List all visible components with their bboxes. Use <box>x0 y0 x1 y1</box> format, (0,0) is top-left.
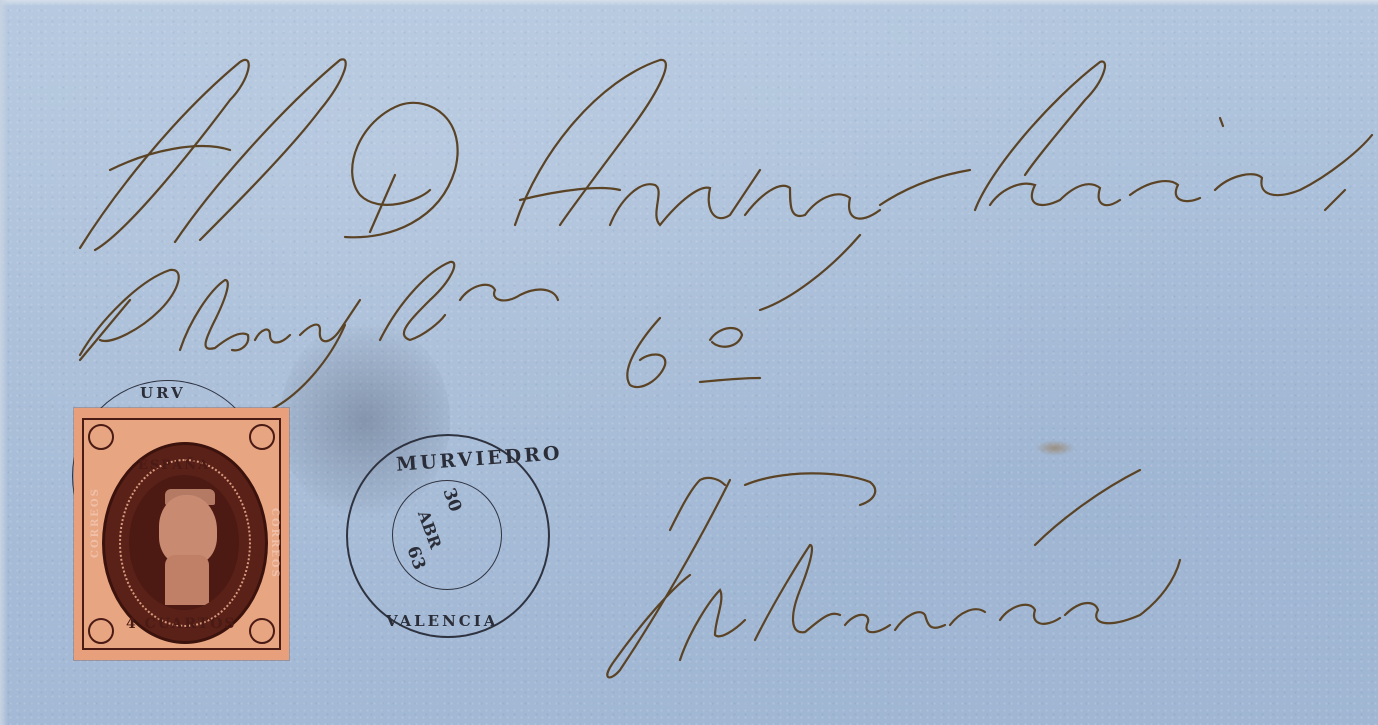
stamp-side-right: CORREOS <box>269 508 280 579</box>
queen-portrait <box>129 475 239 610</box>
postage-stamp: ESPAÑA 4 CUARTOS CORREOS CORREOS <box>74 408 289 660</box>
stamp-frame: ESPAÑA 4 CUARTOS CORREOS CORREOS <box>82 418 281 650</box>
stamp-side-left: CORREOS <box>90 487 101 558</box>
stamp-corner-ornament-icon <box>249 618 275 644</box>
stamp-corner-ornament-icon <box>88 618 114 644</box>
postmark-province: VALENCIA <box>386 612 498 630</box>
stamp-value: 4 CUARTOS <box>126 616 237 632</box>
stamp-country: ESPAÑA <box>138 458 210 473</box>
envelope-cover: URV ESPAÑA 4 CUARTOS CORREOS CORREOS MUR… <box>0 0 1378 725</box>
postmark-partial-text: URV <box>140 384 186 402</box>
stamp-corner-ornament-icon <box>88 424 114 450</box>
stamp-corner-ornament-icon <box>249 424 275 450</box>
queen-neck <box>165 555 209 605</box>
